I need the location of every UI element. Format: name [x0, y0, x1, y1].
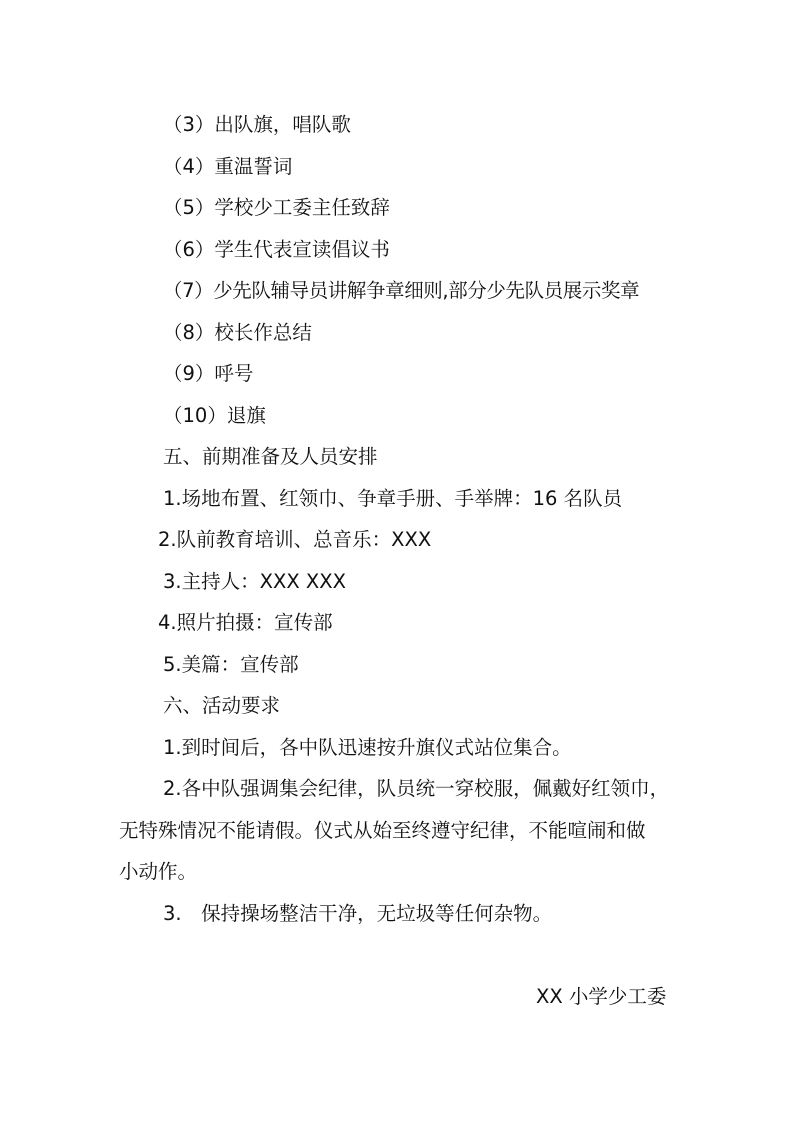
agenda-item-5: （5）学校少工委主任致辞	[163, 195, 390, 221]
agenda-item-3: （3）出队旗，唱队歌	[163, 112, 351, 138]
requirement-item-2-line-2: 无特殊情况不能请假。仪式从始至终遵守纪律，不能喧闹和做	[119, 818, 646, 844]
section-heading-requirements: 六、活动要求	[163, 693, 280, 719]
document-page: （3）出队旗，唱队歌 （4）重温誓词 （5）学校少工委主任致辞 （6）学生代表宣…	[0, 0, 793, 1122]
signature: XX 小学少工委	[536, 984, 666, 1010]
prep-item-5: 5.美篇：宣传部	[163, 652, 299, 678]
requirement-item-2-line-3: 小动作。	[119, 859, 197, 885]
prep-item-3: 3.主持人：XXX XXX	[163, 569, 346, 595]
prep-item-2: 2.队前教育培训、总音乐：XXX	[158, 527, 431, 553]
agenda-item-8: （8）校长作总结	[163, 320, 312, 346]
prep-item-1: 1.场地布置、红领巾、争章手册、手举牌：16 名队员	[163, 486, 622, 512]
agenda-item-9: （9）呼号	[163, 361, 253, 387]
requirement-item-2-line-1: 2.各中队强调集会纪律，队员统一穿校服，佩戴好红领巾，	[163, 776, 669, 802]
requirement-item-3: 3. 保持操场整洁干净，无垃圾等任何杂物。	[163, 901, 552, 927]
section-heading-preparation: 五、前期准备及人员安排	[163, 444, 378, 470]
agenda-item-7: （7）少先队辅导员讲解争章细则,部分少先队员展示奖章	[163, 278, 639, 304]
agenda-item-10: （10）退旗	[163, 403, 266, 429]
agenda-item-4: （4）重温誓词	[163, 154, 292, 180]
prep-item-4: 4.照片拍摄：宣传部	[158, 610, 333, 636]
requirement-item-1: 1.到时间后，各中队迅速按升旗仪式站位集合。	[163, 735, 572, 761]
agenda-item-6: （6）学生代表宣读倡议书	[163, 237, 390, 263]
